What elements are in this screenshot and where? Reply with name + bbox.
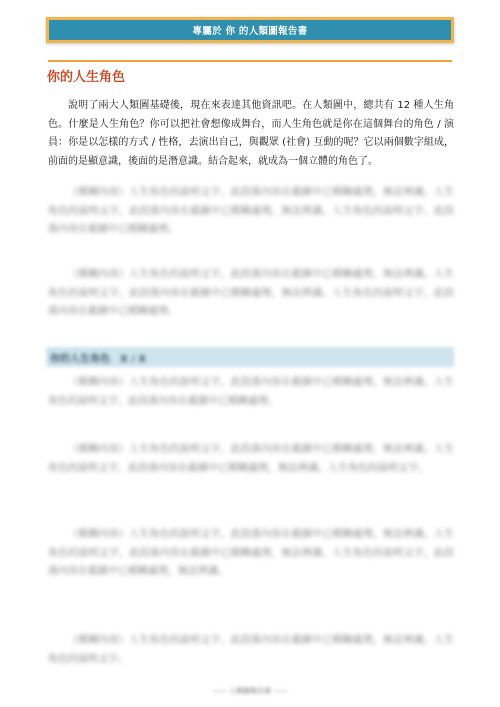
- subsection-header: 你的人生角色 X / X: [46, 347, 454, 367]
- intro-paragraph: 說明了兩大人類圖基礎後，現在來表達其他資訊吧。在人類圖中，總共有 12 種人生角…: [48, 97, 454, 171]
- section-divider: [48, 60, 452, 62]
- blurred-paragraph: （模糊內容）人生角色的說明文字，此段落內容在截圖中已模糊處理，無法辨識。人生角色…: [48, 266, 454, 322]
- blurred-paragraph: （模糊內容）人生角色的說明文字，此段落內容在截圖中已模糊處理，無法辨識。人生角色…: [48, 184, 454, 240]
- report-title-banner: 專屬於 你 的人類圖報告書: [46, 17, 454, 43]
- subsection-title: 你的人生角色 X / X: [50, 350, 146, 365]
- page-footer: —— 人類圖報告書 ——: [0, 686, 500, 696]
- blurred-paragraph: （模糊內容）人生角色的說明文字，此段落內容在截圖中已模糊處理，無法辨識。人生角色…: [48, 526, 454, 582]
- report-title: 專屬於 你 的人類圖報告書: [192, 23, 307, 37]
- blurred-paragraph: （模糊內容）人生角色的說明文字，此段落內容在截圖中已模糊處理，無法辨識。人生角色…: [48, 632, 454, 669]
- blurred-paragraph: （模糊內容）人生角色的說明文字，此段落內容在截圖中已模糊處理，無法辨識。人生角色…: [48, 374, 454, 411]
- blurred-paragraph: （模糊內容）人生角色的說明文字，此段落內容在截圖中已模糊處理，無法辨識。人生角色…: [48, 441, 454, 478]
- section-title: 你的人生角色: [47, 66, 125, 85]
